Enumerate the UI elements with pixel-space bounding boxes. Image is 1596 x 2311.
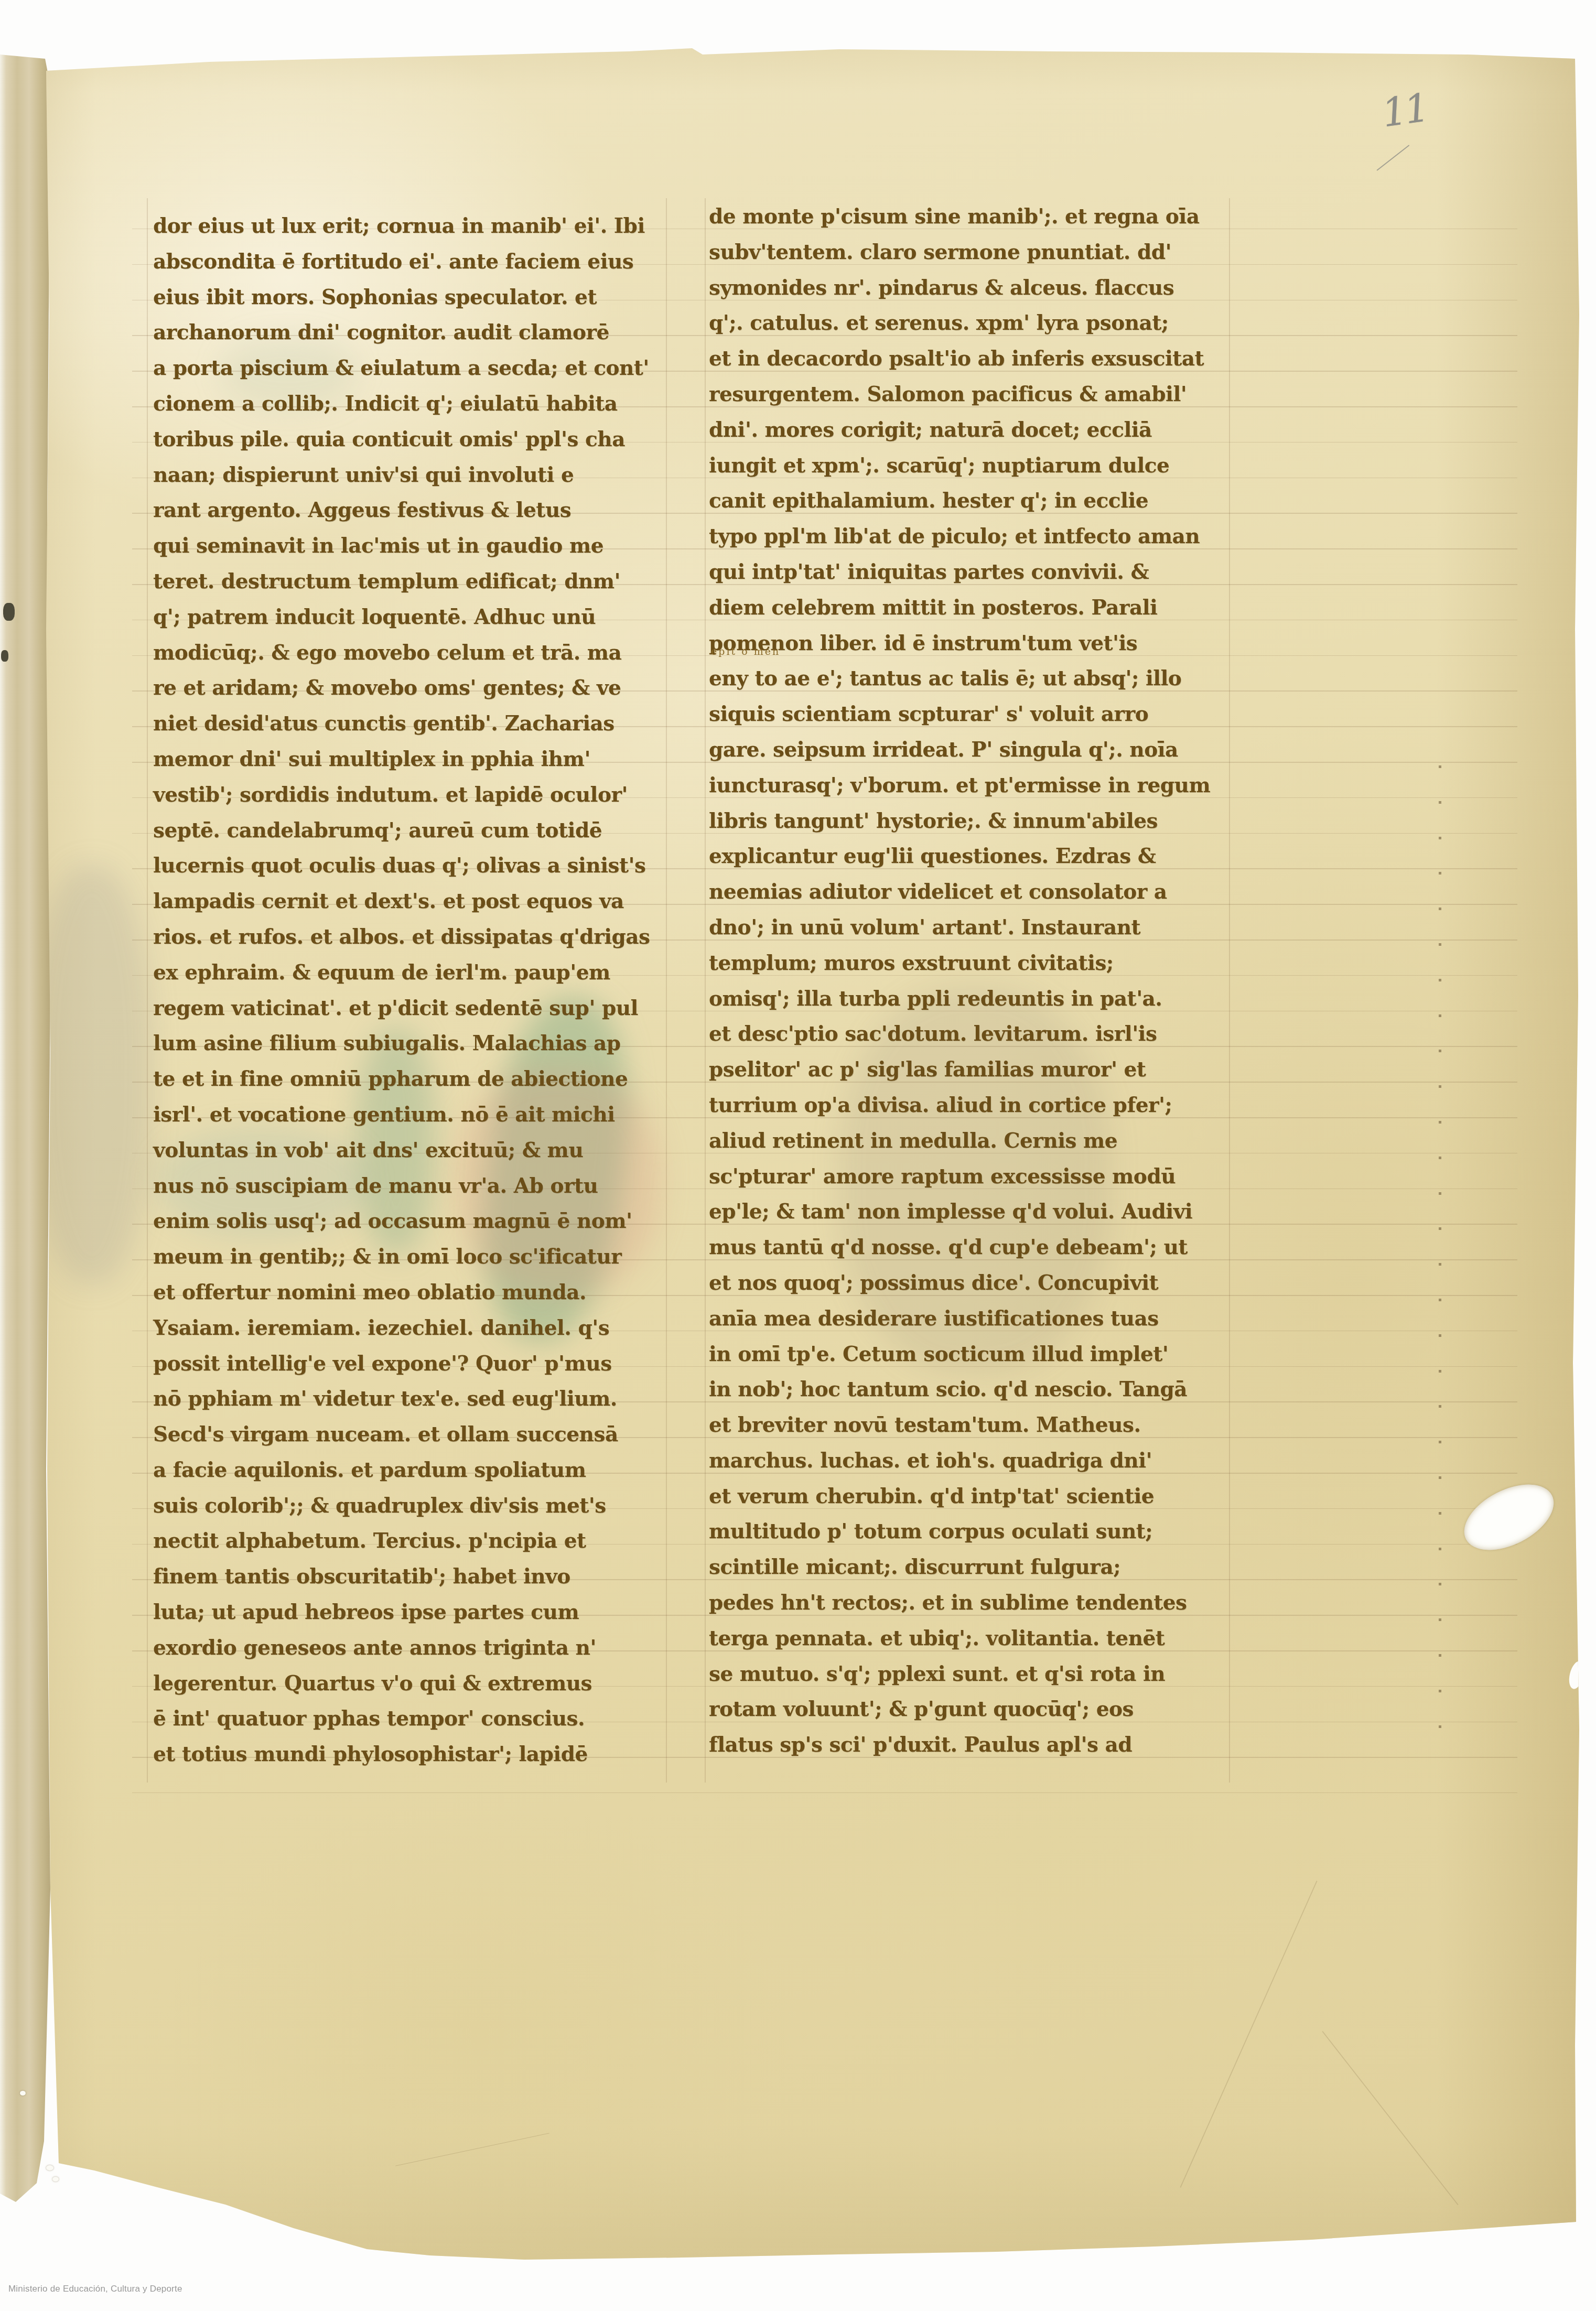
text-line: qui intp'tat' iniquitas partes convivii.…	[709, 555, 1228, 590]
stitch-hole	[52, 2177, 59, 2182]
text-line: et offertur nomini meo oblatio munda.	[153, 1275, 670, 1311]
text-line: mus tantū q'd nosse. q'd cup'e debeam'; …	[709, 1230, 1228, 1266]
manuscript-scan: dor eius ut lux erit; cornua in manib' e…	[0, 0, 1596, 2311]
text-line: nectit alphabetum. Tercius. p'ncipia et	[153, 1524, 670, 1559]
text-line: septē. candelabrumq'; aureū cum totidē	[153, 813, 670, 849]
binding-nick	[1, 650, 8, 662]
text-line: iungit et xpm';. scarūq'; nuptiarum dulc…	[709, 448, 1228, 484]
text-line: pedes hn't rectos;. et in sublime tenden…	[709, 1585, 1228, 1621]
text-column-left: dor eius ut lux erit; cornua in manib' e…	[153, 209, 670, 1773]
vertical-ruling-line	[1229, 198, 1230, 1783]
text-line: flatus sp's sci' p'duxit. Paulus apl's a…	[709, 1727, 1228, 1763]
text-line: abscondita ē fortitudo ei'. ante faciem …	[153, 244, 670, 280]
text-line: isrl'. et vocatione gentium. nō ē ait mi…	[153, 1097, 670, 1133]
text-line: turrium op'a divisa. aliud in cortice pf…	[709, 1088, 1228, 1124]
text-line: anīa mea desiderare iustificationes tuas	[709, 1301, 1228, 1337]
text-line: modicūq;. & ego movebo celum et trā. ma	[153, 635, 670, 671]
text-line: legerentur. Quartus v'o qui & extremus	[153, 1666, 670, 1702]
interlinear-gloss: epit o men	[711, 646, 780, 657]
parchment-page: dor eius ut lux erit; cornua in manib' e…	[0, 0, 1596, 2311]
edge-notch	[1567, 1660, 1587, 1691]
text-line: vestib'; sordidis indutum. et lapidē ocu…	[153, 777, 670, 813]
text-line: subv'tentem. claro sermone pnuntiat. dd'	[709, 235, 1228, 271]
text-line: siquis scientiam scpturar' s' voluit arr…	[709, 697, 1228, 732]
text-line: niet desid'atus cunctis gentib'. Zachari…	[153, 706, 670, 742]
text-line: possit intellig'e vel expone'? Quor' p'm…	[153, 1346, 670, 1382]
vertical-ruling-line	[705, 198, 706, 1783]
text-line: lucernis quot oculis duas q'; olivas a s…	[153, 848, 670, 884]
text-line: eny to ae e'; tantus ac talis ē; ut absq…	[709, 661, 1228, 697]
text-line: resurgentem. Salomon pacificus & amabil'	[709, 377, 1228, 413]
text-line: ē int' quatuor pphas tempor' conscius.	[153, 1701, 670, 1737]
text-line: omisq'; illa turba ppli redeuntis in pat…	[709, 981, 1228, 1017]
text-line: canit epithalamium. hester q'; in ecclie	[709, 483, 1228, 519]
text-line: voluntas in vob' ait dns' excituū; & mu	[153, 1133, 670, 1169]
text-line: de monte p'cisum sine manib';. et regna …	[709, 199, 1228, 235]
text-line: rant argento. Aggeus festivus & letus	[153, 493, 670, 528]
text-line: regem vaticinat'. et p'dicit sedentē sup…	[153, 991, 670, 1027]
binding-nick	[3, 603, 15, 621]
text-line: qui seminavit in lac'mis ut in gaudio me	[153, 528, 670, 564]
text-line: neemias adiutor videlicet et consolator …	[709, 874, 1228, 910]
text-line: in omī tp'e. Cetum socticum illud implet…	[709, 1337, 1228, 1373]
text-line: lampadis cernit et dext's. et post equos…	[153, 884, 670, 920]
stitch-hole	[46, 2165, 53, 2170]
stitch-hole	[20, 2091, 26, 2096]
text-line: diem celebrem mittit in posteros. Parali	[709, 590, 1228, 626]
text-line: libris tangunt' hystorie;. & innum'abile…	[709, 804, 1228, 839]
text-line: archanorum dni' cognitor. audit clamorē	[153, 315, 670, 351]
text-line: enim solis usq'; ad occasum magnū ē nom'	[153, 1204, 670, 1239]
folio-number-flourish	[1377, 145, 1410, 171]
text-line: templum; muros exstruunt civitatis;	[709, 946, 1228, 981]
text-line: pomenon liber. id ē instrum'tum vet'is	[709, 626, 1228, 662]
text-line: te et in fine omniū ppharum de abiection…	[153, 1062, 670, 1097]
text-line: eius ibit mors. Sophonias speculator. et	[153, 280, 670, 316]
text-line: rotam voluunt'; & p'gunt quocūq'; eos	[709, 1692, 1228, 1727]
text-line: et breviter novū testam'tum. Matheus.	[709, 1408, 1228, 1443]
text-line: ep'le; & tam' non implesse q'd volui. Au…	[709, 1194, 1228, 1230]
text-line: a porta piscium & eiulatum a secda; et c…	[153, 351, 670, 386]
text-line: a facie aquilonis. et pardum spoliatum	[153, 1453, 670, 1488]
text-line: et in decacordo psalt'io ab inferis exsu…	[709, 341, 1228, 377]
text-line: naan; dispierunt univ'si qui involuti e	[153, 458, 670, 493]
text-line: suis colorib';; & quadruplex div'sis met…	[153, 1488, 670, 1524]
text-line: pselitor' ac p' sig'las familias muror' …	[709, 1052, 1228, 1088]
digitization-watermark: Ministerio de Educación, Cultura y Depor…	[8, 2284, 182, 2294]
text-line: se mutuo. s'q'; pplexi sunt. et q'si rot…	[709, 1657, 1228, 1692]
text-line: et totius mundi phylosophistar'; lapidē	[153, 1737, 670, 1773]
text-line: toribus pile. quia conticuit omis' ppl's…	[153, 422, 670, 458]
text-line: exordio geneseos ante annos triginta n'	[153, 1630, 670, 1666]
text-line: cionem a collib;. Indicit q'; eiulatū ha…	[153, 386, 670, 422]
text-line: finem tantis obscuritatib'; habet invo	[153, 1559, 670, 1595]
text-line: et verum cherubin. q'd intp'tat' scienti…	[709, 1479, 1228, 1515]
vertical-ruling-line	[147, 198, 148, 1783]
text-line: typo ppl'm lib'at de piculo; et intfecto…	[709, 519, 1228, 555]
text-line: in nob'; hoc tantum scio. q'd nescio. Ta…	[709, 1372, 1228, 1408]
text-line: Secd's virgam nuceam. et ollam succensā	[153, 1417, 670, 1453]
text-line: marchus. luchas. et ioh's. quadriga dni'	[709, 1443, 1228, 1479]
crease-line	[1180, 1881, 1318, 2188]
text-line: terga pennata. et ubiq';. volitantia. te…	[709, 1621, 1228, 1657]
text-line: re et aridam; & movebo oms' gentes; & ve	[153, 671, 670, 706]
text-line: lum asine filium subiugalis. Malachias a…	[153, 1026, 670, 1062]
text-column-right: de monte p'cisum sine manib';. et regna …	[709, 199, 1228, 1763]
crease-line	[395, 2133, 549, 2166]
text-line: meum in gentib;; & in omī loco sc'ificat…	[153, 1239, 670, 1275]
text-line: aliud retinent in medulla. Cernis me	[709, 1124, 1228, 1159]
text-line: scintille micant;. discurrunt fulgura;	[709, 1550, 1228, 1585]
text-line: dni'. mores corigit; naturā docet; eccli…	[709, 413, 1228, 448]
pricking-marks	[1439, 765, 1441, 1730]
crease-line	[1322, 2031, 1459, 2206]
text-line: sc'pturar' amore raptum excessisse modū	[709, 1159, 1228, 1195]
text-line: Ysaiam. ieremiam. iezechiel. danihel. q'…	[153, 1311, 670, 1346]
folio-number: 11	[1379, 85, 1430, 136]
text-line: et desc'ptio sac'dotum. levitarum. isrl'…	[709, 1017, 1228, 1052]
binding-gutter	[0, 55, 50, 2202]
text-line: q'; patrem inducit loquentē. Adhuc unū	[153, 600, 670, 635]
text-line: gare. seipsum irrideat. P' singula q';. …	[709, 732, 1228, 768]
text-line: nus nō suscipiam de manu vr'a. Ab ortu	[153, 1169, 670, 1204]
text-line: dno'; in unū volum' artant'. Instaurant	[709, 910, 1228, 946]
text-line: memor dni' sui multiplex in pphia ihm'	[153, 742, 670, 777]
text-line: explicantur eug'lii questiones. Ezdras &	[709, 839, 1228, 874]
text-line: symonides nr'. pindarus & alceus. flaccu…	[709, 271, 1228, 306]
text-line: et nos quoq'; possimus dice'. Concupivit	[709, 1266, 1228, 1301]
text-line: teret. destructum templum edificat; dnm'	[153, 564, 670, 600]
text-line: multitudo p' totum corpus oculati sunt;	[709, 1514, 1228, 1550]
text-line: dor eius ut lux erit; cornua in manib' e…	[153, 209, 670, 244]
text-line: luta; ut apud hebreos ipse partes cum	[153, 1595, 670, 1630]
text-line: ex ephraim. & equum de ierl'm. paup'em	[153, 955, 670, 991]
text-line: rios. et rufos. et albos. et dissipatas …	[153, 920, 670, 955]
text-line: iuncturasq'; v'borum. et pt'ermisse in r…	[709, 768, 1228, 804]
text-line: q';. catulus. et serenus. xpm' lyra pson…	[709, 306, 1228, 341]
text-line: nō pphiam m' videtur tex'e. sed eug'lium…	[153, 1381, 670, 1417]
